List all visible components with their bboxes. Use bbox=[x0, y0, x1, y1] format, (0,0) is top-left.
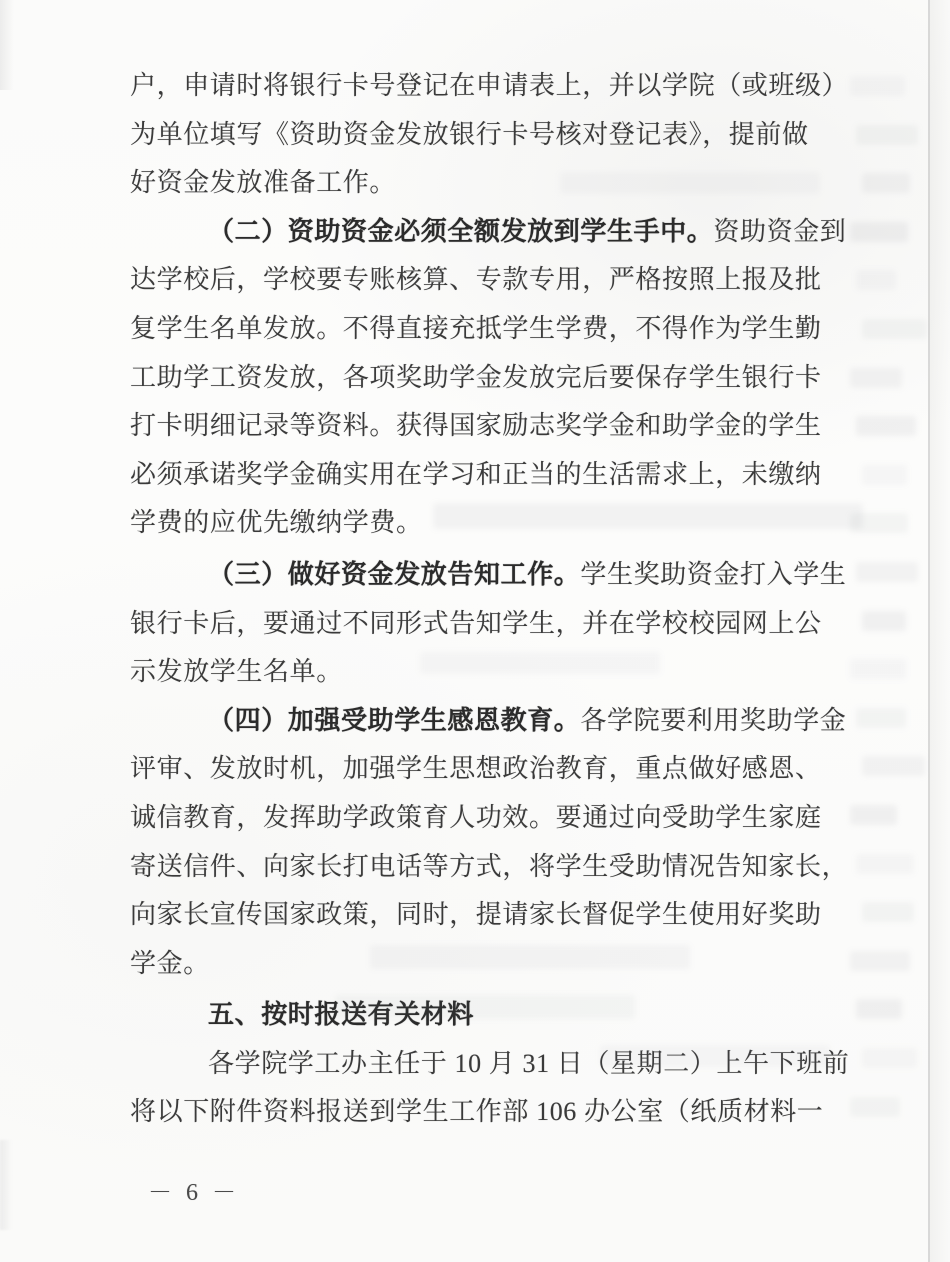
scan-edge-shadow-bottom-left bbox=[0, 1140, 12, 1230]
scan-bleedthrough-smudge bbox=[850, 1097, 900, 1117]
scan-bleedthrough-smudge bbox=[862, 611, 906, 631]
scan-edge-shadow-top-left bbox=[0, 0, 14, 90]
scan-bleedthrough-smudge bbox=[862, 756, 925, 776]
scan-bleedthrough-smudge bbox=[856, 270, 896, 290]
heading-segment: （四）加强受助学生感恩教育。 bbox=[208, 706, 580, 735]
scan-bleedthrough-smudge bbox=[850, 951, 910, 971]
heading-segment: （三）做好资金发放告知工作。 bbox=[208, 560, 580, 589]
text-line: （二）资助资金必须全额发放到学生手中。资助资金到 bbox=[130, 208, 846, 257]
text-line: 银行卡后，要通过不同形式告知学生，并在学校校园网上公 bbox=[130, 600, 846, 649]
text-segment: 户，申请时将银行卡号登记在申请表上，并以学院（或班级） bbox=[130, 71, 848, 100]
text-segment: 为单位填写《资助资金发放银行卡号核对登记表》，提前做 bbox=[130, 120, 809, 149]
text-line: 寄送信件、向家长打电话等方式，将学生受助情况告知家长， bbox=[130, 843, 846, 892]
scan-bleedthrough-smudge bbox=[856, 708, 906, 728]
text-segment: 示发放学生名单。 bbox=[130, 657, 343, 686]
text-segment: 资助资金到 bbox=[713, 217, 846, 246]
scan-bleedthrough-smudge bbox=[862, 173, 910, 193]
scan-bleedthrough-smudge bbox=[850, 368, 902, 388]
text-segment: 打卡明细记录等资料。获得国家励志奖学金和助学金的学生 bbox=[130, 411, 822, 440]
text-segment: 好资金发放准备工作。 bbox=[130, 168, 396, 197]
text-segment: 学金。 bbox=[130, 949, 210, 978]
text-line: 为单位填写《资助资金发放银行卡号核对登记表》，提前做 bbox=[130, 111, 846, 160]
text-line: 工助学工资发放，各项奖助学金发放完后要保存学生银行卡 bbox=[130, 354, 846, 403]
document-body: 户，申请时将银行卡号登记在申请表上，并以学院（或班级）为单位填写《资助资金发放银… bbox=[130, 62, 846, 1137]
text-segment: 学生奖助资金打入学生 bbox=[580, 560, 846, 589]
page-edge-band bbox=[930, 0, 950, 1262]
text-segment: 达学校后，学校要专账核算、专款专用，严格按照上报及批 bbox=[130, 265, 822, 294]
scan-bleedthrough-smudge bbox=[856, 416, 916, 436]
heading-segment: （二）资助资金必须全额发放到学生手中。 bbox=[208, 217, 713, 246]
text-line: 学费的应优先缴纳学费。 bbox=[130, 499, 846, 548]
text-line: 示发放学生名单。 bbox=[130, 648, 846, 697]
heading-segment: 五、按时报送有关材料 bbox=[208, 1000, 474, 1029]
text-line: 打卡明细记录等资料。获得国家励志奖学金和助学金的学生 bbox=[130, 402, 846, 451]
scan-bleedthrough-smudge bbox=[850, 76, 905, 96]
text-line: 户，申请时将银行卡号登记在申请表上，并以学院（或班级） bbox=[130, 62, 846, 111]
scan-bleedthrough-smudge bbox=[850, 805, 897, 825]
text-line: 必须承诺奖学金确实用在学习和正当的生活需求上，未缴纳 bbox=[130, 451, 846, 500]
text-line: （三）做好资金发放告知工作。学生奖助资金打入学生 bbox=[130, 551, 846, 600]
scan-bleedthrough-smudge bbox=[850, 222, 908, 242]
page-edge-line bbox=[928, 0, 930, 1262]
text-segment: 评审、发放时机，加强学生思想政治教育，重点做好感恩、 bbox=[130, 754, 822, 783]
text-segment: 寄送信件、向家长打电话等方式，将学生受助情况告知家长， bbox=[130, 852, 848, 881]
scan-bleedthrough-smudge bbox=[850, 659, 906, 679]
text-line: 复学生名单发放。不得直接充抵学生学费，不得作为学生勤 bbox=[130, 305, 846, 354]
text-segment: 各学院学工办主任于 10 月 31 日（星期二）上午下班前 bbox=[208, 1049, 849, 1078]
text-segment: 学费的应优先缴纳学费。 bbox=[130, 508, 423, 537]
text-line: 将以下附件资料报送到学生工作部 106 办公室（纸质材料一 bbox=[130, 1088, 846, 1137]
scan-bleedthrough-smudge bbox=[862, 902, 914, 922]
scan-bleedthrough-smudge bbox=[856, 562, 918, 582]
text-line: 学金。 bbox=[130, 940, 846, 989]
scan-bleedthrough-smudge bbox=[856, 125, 918, 145]
text-line: 诚信教育，发挥助学政策育人功效。要通过向受助学生家庭 bbox=[130, 794, 846, 843]
scan-bleedthrough-smudge bbox=[856, 999, 902, 1019]
page-number: － 6 － bbox=[148, 1172, 240, 1207]
scan-bleedthrough-smudge bbox=[856, 854, 914, 874]
text-line: （四）加强受助学生感恩教育。各学院要利用奖助学金 bbox=[130, 697, 846, 746]
text-segment: 诚信教育，发挥助学政策育人功效。要通过向受助学生家庭 bbox=[130, 803, 822, 832]
text-segment: 将以下附件资料报送到学生工作部 106 办公室（纸质材料一 bbox=[130, 1097, 823, 1126]
scan-bleedthrough-smudge bbox=[862, 1048, 917, 1068]
text-line: 评审、发放时机，加强学生思想政治教育，重点做好感恩、 bbox=[130, 745, 846, 794]
text-line: 好资金发放准备工作。 bbox=[130, 159, 846, 208]
text-segment: 复学生名单发放。不得直接充抵学生学费，不得作为学生勤 bbox=[130, 314, 822, 343]
text-segment: 银行卡后，要通过不同形式告知学生，并在学校校园网上公 bbox=[130, 609, 822, 638]
text-segment: 向家长宣传国家政策，同时，提请家长督促学生使用好奖助 bbox=[130, 900, 822, 929]
scan-bleedthrough-smudge bbox=[862, 319, 927, 339]
text-line: 五、按时报送有关材料 bbox=[130, 991, 846, 1040]
scan-bleedthrough-smudge bbox=[862, 465, 907, 485]
scan-bleedthrough-smudge bbox=[850, 513, 908, 533]
text-segment: 工助学工资发放，各项奖助学金发放完后要保存学生银行卡 bbox=[130, 363, 822, 392]
text-segment: 各学院要利用奖助学金 bbox=[580, 706, 846, 735]
text-line: 各学院学工办主任于 10 月 31 日（星期二）上午下班前 bbox=[130, 1040, 846, 1089]
text-segment: 必须承诺奖学金确实用在学习和正当的生活需求上，未缴纳 bbox=[130, 460, 822, 489]
scanned-document-page: 户，申请时将银行卡号登记在申请表上，并以学院（或班级）为单位填写《资助资金发放银… bbox=[0, 0, 950, 1262]
text-line: 达学校后，学校要专账核算、专款专用，严格按照上报及批 bbox=[130, 256, 846, 305]
text-line: 向家长宣传国家政策，同时，提请家长督促学生使用好奖助 bbox=[130, 891, 846, 940]
